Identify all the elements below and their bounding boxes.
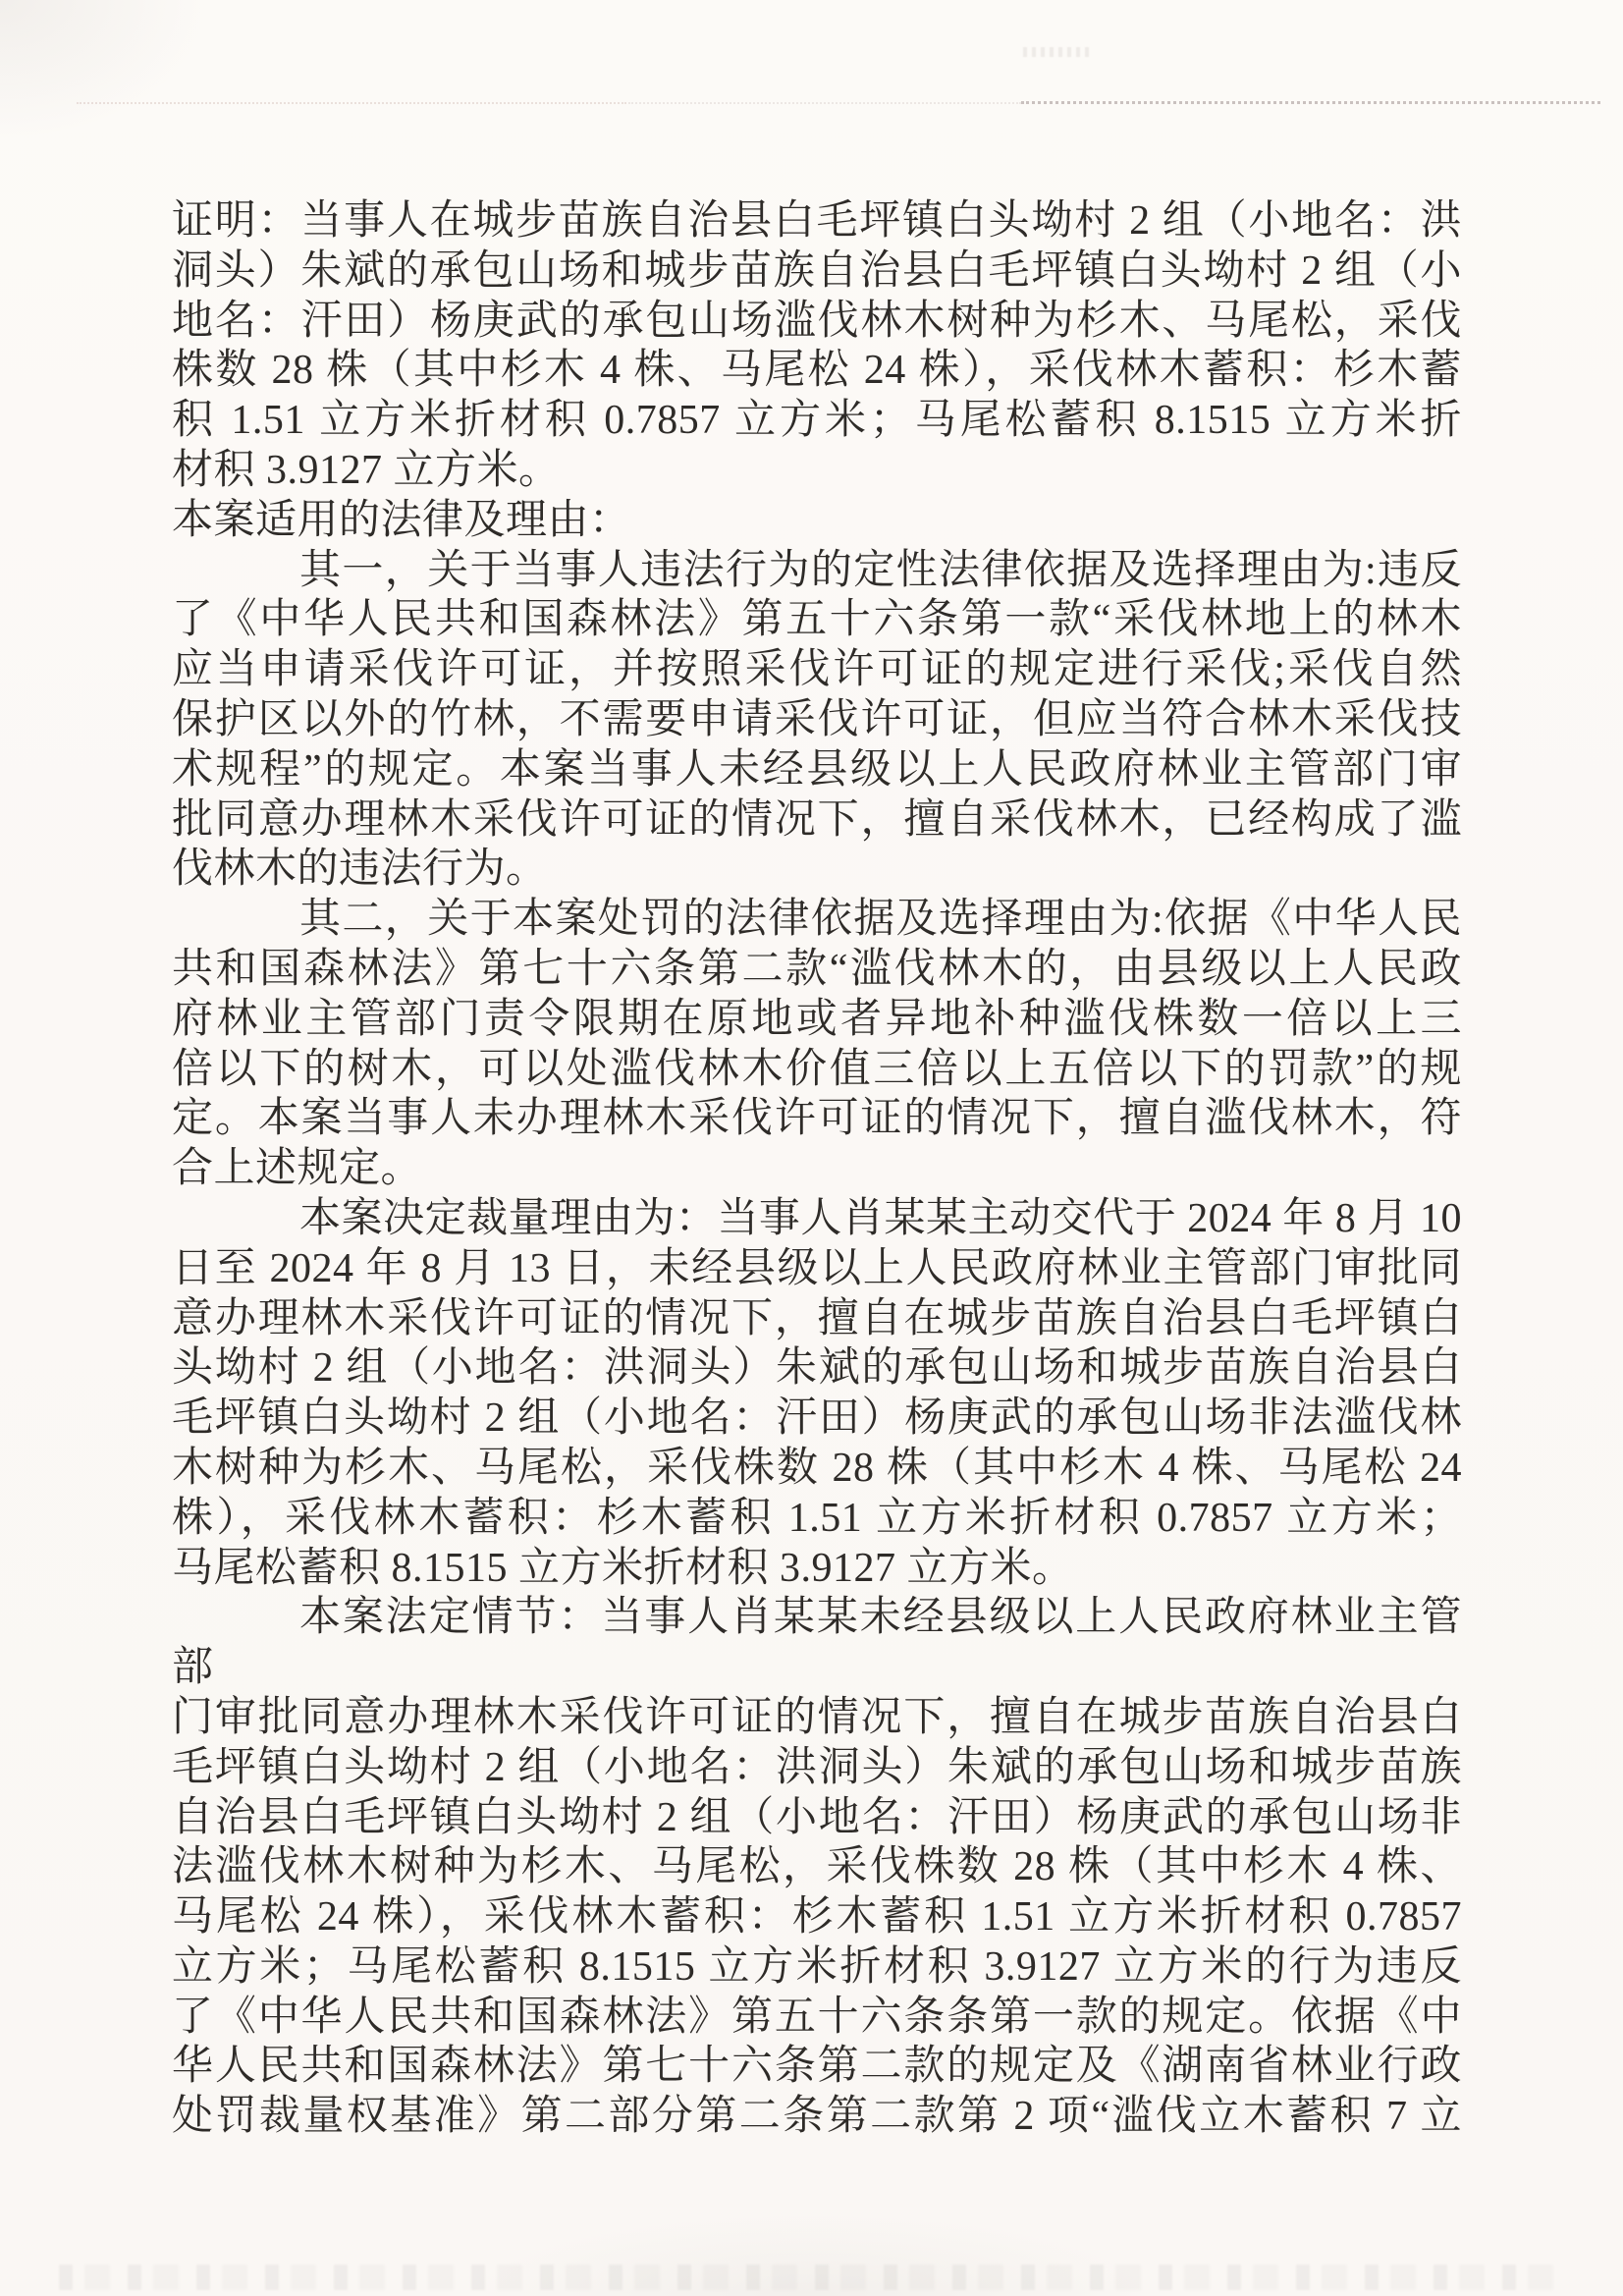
document-line: 处罚裁量权基准》第二部分第二条第二款第 2 项“滥伐立木蓄积 7 立 <box>172 2092 1462 2142</box>
document-line: 洞头）朱斌的承包山场和城步苗族自治县白毛坪镇白头坳村 2 组（小 <box>172 246 1462 297</box>
document-line: 华人民共和国森林法》第七十六条第二款的规定及《湖南省林业行政 <box>172 2042 1462 2092</box>
document-line: 批同意办理林木采伐许可证的情况下，擅自采伐林木，已经构成了滥 <box>172 795 1462 846</box>
paragraph-reason-two: 其二，关于本案处罚的法律依据及选择理由为:依据《中华人民 共和国森林法》第七十六… <box>172 895 1462 1194</box>
document-line: 共和国森林法》第七十六条第二款“滥伐林木的，由县级以上人民政 <box>172 945 1462 995</box>
document-line: 其二，关于本案处罚的法律依据及选择理由为:依据《中华人民 <box>172 895 1462 945</box>
document-line: 头坳村 2 组（小地名：洪洞头）朱斌的承包山场和城步苗族自治县白 <box>172 1343 1462 1394</box>
scan-artifact-dotted-line <box>77 102 626 104</box>
document-line: 本案决定裁量理由为：当事人肖某某主动交代于 2024 年 8 月 10 <box>172 1194 1462 1244</box>
document-line: 应当申请采伐许可证，并按照采伐许可证的规定进行采伐;采伐自然 <box>172 645 1462 695</box>
document-line: 株），采伐林木蓄积：杉木蓄积 1.51 立方米折材积 0.7857 立方米； <box>172 1494 1462 1544</box>
document-line: 马尾松 24 株），采伐林木蓄积：杉木蓄积 1.51 立方米折材积 0.7857 <box>172 1892 1462 1942</box>
paragraph-discretion-reason: 本案决定裁量理由为：当事人肖某某主动交代于 2024 年 8 月 10 日至 2… <box>172 1194 1462 1593</box>
paragraph-evidence-continuation: 证明：当事人在城步苗族自治县白毛坪镇白头坳村 2 组（小地名：洪 洞头）朱斌的承… <box>172 196 1462 496</box>
scan-artifact-bottom-noise <box>59 2265 1571 2290</box>
document-line: 了《中华人民共和国森林法》第五十六条第一款“采伐林地上的林木 <box>172 595 1462 645</box>
document-line: 伐林木的违法行为。 <box>172 845 1462 895</box>
document-line: 定。本案当事人未办理林木采伐许可证的情况下，擅自滥伐林木，符 <box>172 1094 1462 1144</box>
document-page: 证明：当事人在城步苗族自治县白毛坪镇白头坳村 2 组（小地名：洪 洞头）朱斌的承… <box>0 0 1623 2296</box>
document-line: 保护区以外的竹林，不需要申请采伐许可证，但应当符合林木采伐技 <box>172 695 1462 745</box>
document-line: 毛坪镇白头坳村 2 组（小地名：汗田）杨庚武的承包山场非法滥伐林 <box>172 1394 1462 1444</box>
document-line: 材积 3.9127 立方米。 <box>172 446 1462 496</box>
document-line: 倍以下的树木，可以处滥伐林木价值三倍以上五倍以下的罚款”的规 <box>172 1045 1462 1095</box>
document-line: 毛坪镇白头坳村 2 组（小地名：洪洞头）朱斌的承包山场和城步苗族 <box>172 1743 1462 1793</box>
scan-artifact-dotted-line <box>628 102 1021 104</box>
document-line: 意办理林木采伐许可证的情况下，擅自在城步苗族自治县白毛坪镇白 <box>172 1294 1462 1344</box>
paragraph-legal-basis-heading: 本案适用的法律及理由： <box>172 496 1462 546</box>
paragraph-statutory-circumstances: 本案法定情节：当事人肖某某未经县级以上人民政府林业主管部 门审批同意办理林木采伐… <box>172 1593 1462 2142</box>
document-line: 地名：汗田）杨庚武的承包山场滥伐林木树种为杉木、马尾松，采伐 <box>172 297 1462 347</box>
document-text: 证明：当事人在城步苗族自治县白毛坪镇白头坳村 2 组（小地名：洪 洞头）朱斌的承… <box>172 196 1462 2142</box>
document-line: 合上述规定。 <box>172 1144 1462 1194</box>
document-line: 木树种为杉木、马尾松，采伐株数 28 株（其中杉木 4 株、马尾松 24 <box>172 1444 1462 1494</box>
document-line: 府林业主管部门责令限期在原地或者异地补种滥伐株数一倍以上三 <box>172 995 1462 1045</box>
document-line: 门审批同意办理林木采伐许可证的情况下，擅自在城步苗族自治县白 <box>172 1693 1462 1743</box>
document-line: 术规程”的规定。本案当事人未经县级以上人民政府林业主管部门审 <box>172 745 1462 795</box>
document-line: 证明：当事人在城步苗族自治县白毛坪镇白头坳村 2 组（小地名：洪 <box>172 196 1462 246</box>
paragraph-reason-one: 其一，关于当事人违法行为的定性法律依据及选择理由为:违反 了《中华人民共和国森林… <box>172 546 1462 896</box>
document-line: 了《中华人民共和国森林法》第五十六条条第一款的规定。依据《中 <box>172 1993 1462 2043</box>
document-line: 其一，关于当事人违法行为的定性法律依据及选择理由为:违反 <box>172 546 1462 596</box>
document-line: 马尾松蓄积 8.1515 立方米折材积 3.9127 立方米。 <box>172 1544 1462 1594</box>
document-line: 立方米；马尾松蓄积 8.1515 立方米折材积 3.9127 立方米的行为违反 <box>172 1942 1462 1993</box>
document-line: 积 1.51 立方米折材积 0.7857 立方米；马尾松蓄积 8.1515 立方… <box>172 396 1462 446</box>
document-line: 自治县白毛坪镇白头坳村 2 组（小地名：汗田）杨庚武的承包山场非 <box>172 1793 1462 1843</box>
scan-artifact-dotted-line <box>1021 101 1600 104</box>
document-line: 本案法定情节：当事人肖某某未经县级以上人民政府林业主管部 <box>172 1593 1462 1693</box>
document-line: 法滥伐林木树种为杉木、马尾松，采伐株数 28 株（其中杉木 4 株、 <box>172 1842 1462 1892</box>
document-line: 本案适用的法律及理由： <box>172 496 1462 546</box>
document-line: 日至 2024 年 8 月 13 日，未经县级以上人民政府林业主管部门审批同 <box>172 1244 1462 1294</box>
scan-artifact-speckle <box>1023 47 1092 57</box>
document-line: 株数 28 株（其中杉木 4 株、马尾松 24 株），采伐林木蓄积：杉木蓄 <box>172 346 1462 396</box>
